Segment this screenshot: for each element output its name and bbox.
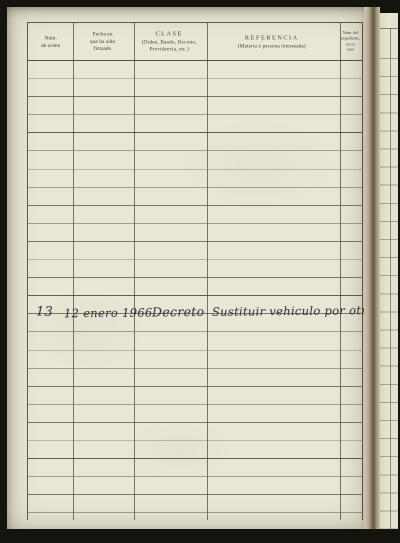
- header-fecha: Fecha en que ha sido firmado: [73, 23, 133, 60]
- header-orden-line2: de orden: [41, 42, 60, 49]
- header-orden: Núm. de orden: [28, 23, 73, 60]
- header-clase-title: CLASE: [142, 30, 197, 38]
- scan-border-top: [0, 0, 400, 7]
- table-row: [28, 278, 362, 296]
- table-row: [28, 115, 362, 133]
- table-row: [28, 441, 362, 459]
- next-page-row-lines: [380, 58, 398, 531]
- table-row: [28, 495, 362, 513]
- book-gutter: [364, 0, 380, 543]
- header-expediente-line4: caso: [340, 47, 359, 53]
- header-fecha-line1: Fecha en: [90, 31, 115, 38]
- table-row: [28, 133, 362, 151]
- table-row: [28, 369, 362, 387]
- header-fecha-line2: que ha sido: [90, 38, 115, 45]
- table-row: [28, 332, 362, 350]
- table-row: [28, 260, 362, 278]
- register-table: Núm. de orden Fecha en que ha sido firma…: [27, 22, 363, 520]
- table-row: [28, 423, 362, 441]
- table-row: [28, 170, 362, 188]
- table-row: [28, 314, 362, 332]
- table-row: [28, 151, 362, 169]
- table-row: [28, 61, 362, 79]
- header-referencia: REFERENCIA (Materia o persona interesada…: [206, 23, 338, 60]
- table-row: [28, 97, 362, 115]
- next-page-edge: [380, 2, 398, 541]
- header-orden-line1: Núm.: [41, 34, 60, 41]
- header-expediente-line2: expediente,: [340, 36, 359, 42]
- table-row: [28, 242, 362, 260]
- scanned-register-page: Núm. de orden Fecha en que ha sido firma…: [0, 0, 400, 543]
- table-row: [28, 79, 362, 97]
- table-row: [28, 206, 362, 224]
- table-row: [28, 188, 362, 206]
- table-header: Núm. de orden Fecha en que ha sido firma…: [28, 23, 362, 61]
- table-row: [28, 351, 362, 369]
- header-expediente-line1: Núm. del: [340, 30, 359, 36]
- table-row: [28, 387, 362, 405]
- table-row: [28, 459, 362, 477]
- table-row: [28, 224, 362, 242]
- scan-border-bottom: [0, 529, 400, 543]
- table-row: [28, 405, 362, 423]
- table-row: [28, 477, 362, 495]
- next-page-header-line: [380, 28, 398, 29]
- scan-border-left: [0, 0, 7, 543]
- header-clase: CLASE (Orden, Bando, Decreto, Providenci…: [133, 23, 206, 60]
- header-referencia-sub: (Materia o persona interesada): [238, 42, 306, 49]
- table-row: [28, 296, 362, 314]
- header-clase-sub2: Providencia, etc.): [142, 46, 197, 53]
- register-page: Núm. de orden Fecha en que ha sido firma…: [7, 7, 366, 529]
- scan-border-corner: [380, 0, 400, 13]
- header-expediente: Núm. del expediente, en su caso: [338, 23, 362, 60]
- header-referencia-title: REFERENCIA: [238, 34, 306, 42]
- header-fecha-line3: firmado: [90, 45, 115, 52]
- table-body: [28, 61, 362, 513]
